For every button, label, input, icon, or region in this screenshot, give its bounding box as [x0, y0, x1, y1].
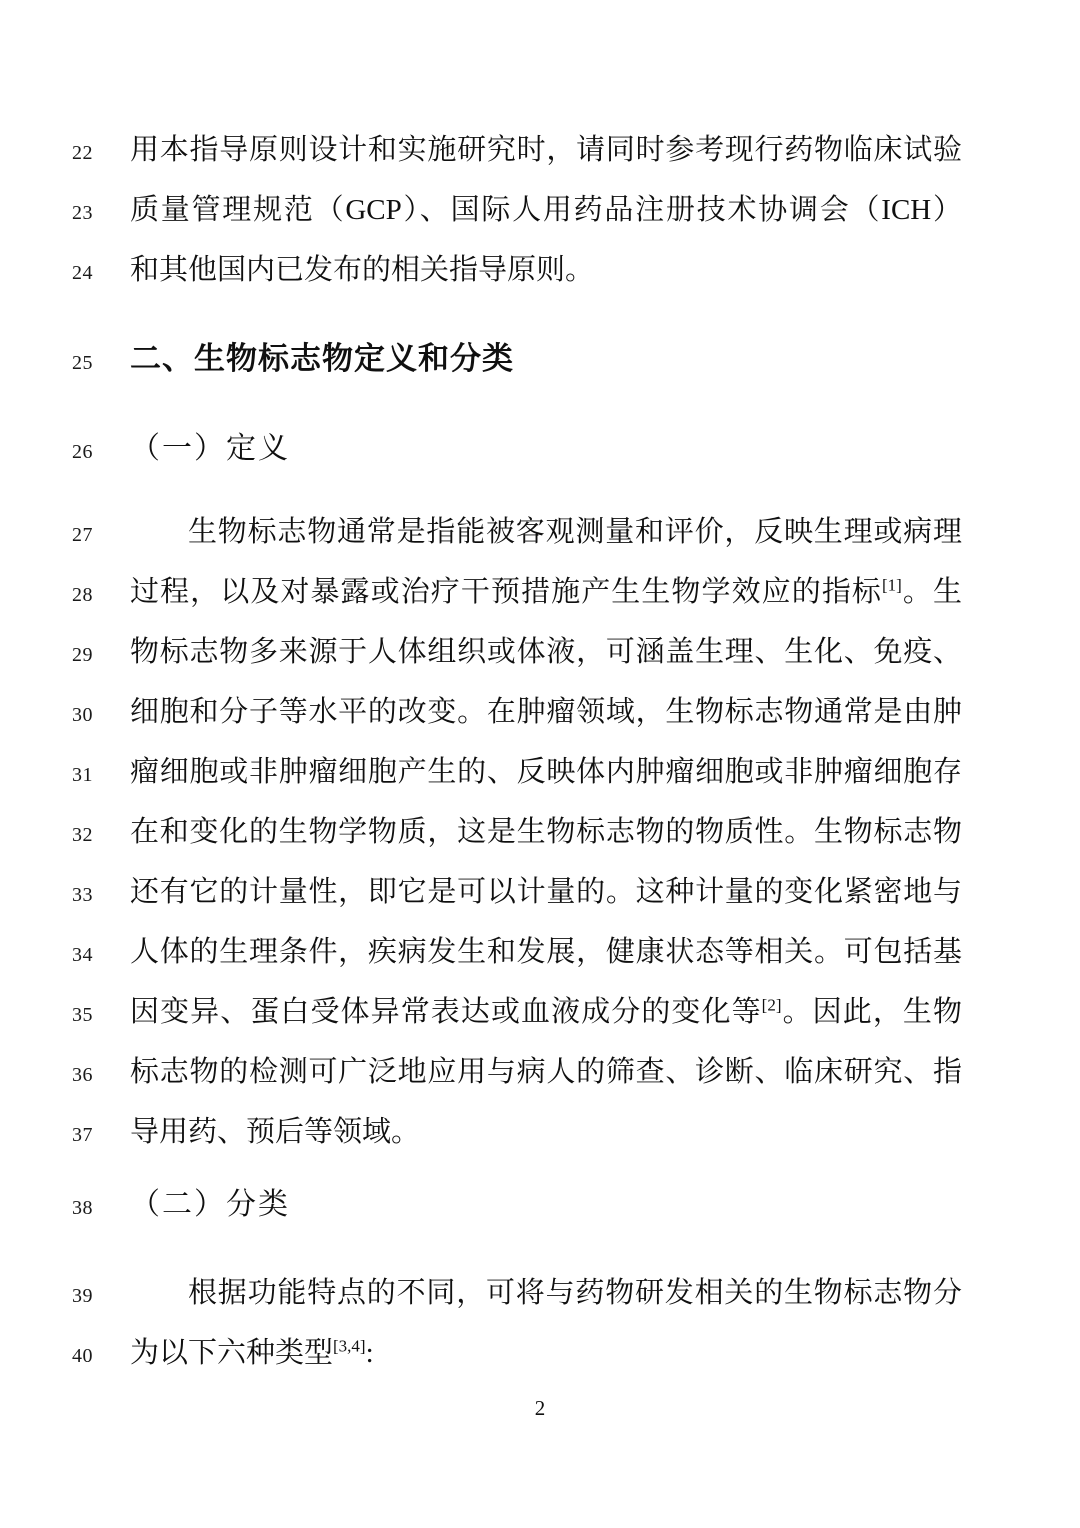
text-segment: 用本指导原则设计和实施研究时，请同时参考现行药物临床试验 — [130, 134, 962, 166]
text-segment: 生物标志物通常是指能被客观测量和评价，反映生理或病理 — [188, 516, 962, 548]
line-number: 22 — [72, 125, 130, 182]
line-text: 标志物的检测可广泛地应用与病人的筛查、诊断、临床研究、指 — [130, 1044, 962, 1101]
line-text: 二、生物标志物定义和分类 — [130, 330, 962, 387]
text-segment: 过程，以及对暴露或治疗干预措施产生生物学效应的指标 — [130, 576, 882, 608]
line-number: 32 — [72, 807, 130, 864]
line-number: 24 — [72, 245, 130, 302]
text-segment: 细胞和分子等水平的改变。在肿瘤领域，生物标志物通常是由肿 — [130, 696, 962, 728]
line-number: 38 — [72, 1180, 130, 1237]
text-segment: 还有它的计量性，即它是可以计量的。这种计量的变化紧密地与 — [130, 876, 962, 908]
document-line: 28 过程，以及对暴露或治疗干预措施产生生物学效应的指标[1]。生 — [0, 564, 1080, 624]
document-line: 38 （二）分类 — [0, 1176, 1080, 1237]
line-text: 人体的生理条件，疾病发生和发展，健康状态等相关。可包括基 — [130, 924, 962, 981]
text-segment: 二、生物标志物定义和分类 — [130, 341, 514, 376]
text-segment: 在和变化的生物学物质，这是生物标志物的物质性。生物标志物 — [130, 816, 962, 848]
line-number: 31 — [72, 747, 130, 804]
line-number: 34 — [72, 927, 130, 984]
document-line: 35 因变异、蛋白受体异常表达或血液成分的变化等[2]。因此，生物 — [0, 984, 1080, 1044]
line-text: 因变异、蛋白受体异常表达或血液成分的变化等[2]。因此，生物 — [130, 984, 962, 1041]
document-line: 33 还有它的计量性，即它是可以计量的。这种计量的变化紧密地与 — [0, 864, 1080, 924]
document-line: 29 物标志物多来源于人体组织或体液，可涵盖生理、生化、免疫、 — [0, 624, 1080, 684]
text-segment: 。生 — [902, 576, 962, 608]
line-text: 还有它的计量性，即它是可以计量的。这种计量的变化紧密地与 — [130, 864, 962, 921]
line-number: 23 — [72, 185, 130, 242]
line-number: 37 — [72, 1107, 130, 1164]
line-text: 细胞和分子等水平的改变。在肿瘤领域，生物标志物通常是由肿 — [130, 684, 962, 741]
page-number-footer: 2 — [0, 1396, 1080, 1421]
line-text: 过程，以及对暴露或治疗干预措施产生生物学效应的指标[1]。生 — [130, 564, 962, 621]
line-number: 33 — [72, 867, 130, 924]
text-segment: 根据功能特点的不同，可将与药物研发相关的生物标志物分 — [188, 1277, 962, 1309]
document-lines: 22 用本指导原则设计和实施研究时，请同时参考现行药物临床试验 23 质量管理规… — [0, 0, 1080, 1385]
line-number: 36 — [72, 1047, 130, 1104]
line-text: 为以下六种类型[3,4]: — [130, 1325, 962, 1382]
line-number: 28 — [72, 567, 130, 624]
text-segment: 物标志物多来源于人体组织或体液，可涵盖生理、生化、免疫、 — [130, 636, 962, 668]
line-number: 39 — [72, 1268, 130, 1325]
line-text: 瘤细胞或非肿瘤细胞产生的、反映体内肿瘤细胞或非肿瘤细胞存 — [130, 744, 962, 801]
text-segment: 因变异、蛋白受体异常表达或血液成分的变化等 — [130, 996, 762, 1028]
citation-superscript: [2] — [762, 995, 782, 1014]
citation-superscript: [1] — [882, 575, 902, 594]
line-text: 导用药、预后等领域。 — [130, 1104, 962, 1161]
text-segment: （二）分类 — [130, 1188, 290, 1221]
text-segment: 为以下六种类型 — [130, 1337, 333, 1369]
document-line: 23 质量管理规范（GCP）、国际人用药品注册技术协调会（ICH） — [0, 182, 1080, 242]
text-segment: 人体的生理条件，疾病发生和发展，健康状态等相关。可包括基 — [130, 936, 962, 968]
text-segment: 标志物的检测可广泛地应用与病人的筛查、诊断、临床研究、指 — [130, 1056, 962, 1088]
document-line: 40 为以下六种类型[3,4]: — [0, 1325, 1080, 1385]
document-line: 39 根据功能特点的不同，可将与药物研发相关的生物标志物分 — [0, 1265, 1080, 1325]
text-segment: 。因此，生物 — [782, 996, 962, 1028]
line-text: 用本指导原则设计和实施研究时，请同时参考现行药物临床试验 — [130, 122, 962, 179]
line-number: 27 — [72, 507, 130, 564]
text-segment: 导用药、预后等领域。 — [130, 1116, 420, 1148]
text-segment: 质量管理规范（GCP）、国际人用药品注册技术协调会（ICH） — [130, 194, 962, 226]
line-number: 25 — [72, 335, 130, 392]
document-line: 25 二、生物标志物定义和分类 — [0, 330, 1080, 392]
line-number: 26 — [72, 424, 130, 481]
line-text: 根据功能特点的不同，可将与药物研发相关的生物标志物分 — [130, 1265, 962, 1322]
citation-superscript: [3,4] — [333, 1336, 366, 1355]
line-text: （二）分类 — [130, 1176, 962, 1233]
text-segment: 和其他国内已发布的相关指导原则。 — [130, 254, 594, 286]
line-text: 和其他国内已发布的相关指导原则。 — [130, 242, 962, 299]
document-line: 27 生物标志物通常是指能被客观测量和评价，反映生理或病理 — [0, 504, 1080, 564]
line-text: （一）定义 — [130, 420, 962, 477]
document-line: 37 导用药、预后等领域。 — [0, 1104, 1080, 1164]
text-segment: : — [366, 1337, 374, 1369]
document-line: 26 （一）定义 — [0, 420, 1080, 481]
document-line: 31 瘤细胞或非肿瘤细胞产生的、反映体内肿瘤细胞或非肿瘤细胞存 — [0, 744, 1080, 804]
document-line: 34 人体的生理条件，疾病发生和发展，健康状态等相关。可包括基 — [0, 924, 1080, 984]
document-line: 32 在和变化的生物学物质，这是生物标志物的物质性。生物标志物 — [0, 804, 1080, 864]
document-line: 24 和其他国内已发布的相关指导原则。 — [0, 242, 1080, 302]
document-line: 22 用本指导原则设计和实施研究时，请同时参考现行药物临床试验 — [0, 122, 1080, 182]
text-segment: 瘤细胞或非肿瘤细胞产生的、反映体内肿瘤细胞或非肿瘤细胞存 — [130, 756, 962, 788]
line-text: 质量管理规范（GCP）、国际人用药品注册技术协调会（ICH） — [130, 182, 962, 239]
document-line: 30 细胞和分子等水平的改变。在肿瘤领域，生物标志物通常是由肿 — [0, 684, 1080, 744]
line-number: 30 — [72, 687, 130, 744]
text-segment: （一）定义 — [130, 432, 290, 465]
line-text: 物标志物多来源于人体组织或体液，可涵盖生理、生化、免疫、 — [130, 624, 962, 681]
document-line: 36 标志物的检测可广泛地应用与病人的筛查、诊断、临床研究、指 — [0, 1044, 1080, 1104]
line-text: 在和变化的生物学物质，这是生物标志物的物质性。生物标志物 — [130, 804, 962, 861]
document-page: 22 用本指导原则设计和实施研究时，请同时参考现行药物临床试验 23 质量管理规… — [0, 0, 1080, 1528]
line-number: 40 — [72, 1328, 130, 1385]
line-number: 29 — [72, 627, 130, 684]
line-text: 生物标志物通常是指能被客观测量和评价，反映生理或病理 — [130, 504, 962, 561]
line-number: 35 — [72, 987, 130, 1044]
